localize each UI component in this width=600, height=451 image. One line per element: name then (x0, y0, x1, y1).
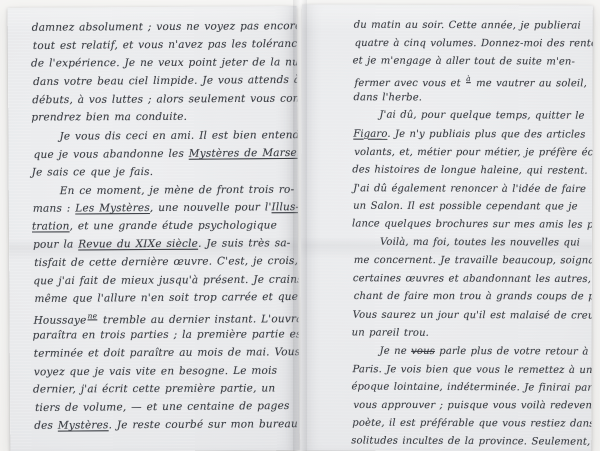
manuscript-line: époque lointaine, indéterminée. Je finir… (351, 381, 592, 401)
text-segment: Vous saurez un jour qu'il est malaisé de… (353, 309, 593, 321)
text-segment: me vautrer au soleil, (472, 78, 587, 89)
text-segment: même que l'allure n'en soit trop carrée … (34, 291, 298, 305)
struck-out-word: vous (411, 346, 435, 357)
underlined-title: Les Mystères (75, 202, 150, 214)
manuscript-line: des Mystères. Je reste courbé sur mon bu… (34, 418, 299, 438)
text-segment: , une nouvelle pour l' (150, 201, 272, 214)
manuscript-photo: damnez absolument ; vous ne voyez pas en… (0, 0, 600, 451)
manuscript-line: un pareil trou. (352, 327, 593, 347)
manuscript-line: solitudes incultes de la province. Seule… (351, 436, 593, 451)
manuscript-line: tiers de volume, — et une centaine de pa… (35, 400, 299, 421)
manuscript-line: Je vous dis ceci en ami. Il est bien ent… (32, 129, 299, 149)
manuscript-line: poète, il est préférable que vous restie… (352, 418, 593, 437)
manuscript-line: vous approuver ; puisque vous voilà rede… (353, 400, 592, 418)
text-segment: un pareil trou. (352, 327, 429, 338)
manuscript-line: Figaro. Je n'y publiais plus que des art… (353, 128, 592, 147)
text-segment: chant de faire mon trou à grands coups d… (354, 291, 593, 302)
text-segment: . Je reste courbé sur mon bureau (109, 418, 298, 431)
manuscript-line: lance quelques brochures sur mes amis le… (352, 218, 593, 238)
text-segment: , et une grande étude psychologique (70, 219, 278, 232)
underlined-title: Mystères de Marseille (189, 146, 300, 159)
manuscript-line: me concernent. Je travaille beaucoup, so… (354, 255, 593, 273)
text-segment: . Je suis très sa- (198, 237, 291, 250)
inserted-word-above-line: ne (88, 311, 98, 320)
text-segment: Je sais ce que je fais. (32, 166, 154, 179)
text-segment: fermer avec vous et (354, 78, 465, 89)
manuscript-line: tisfait de cette dernière œuvre. C'est, … (34, 255, 299, 276)
text-segment: vous approuver ; puisque vous voilà rede… (353, 400, 592, 411)
manuscript-line: chant de faire mon trou à grands coups d… (354, 291, 593, 309)
underlined-title: Figaro (353, 128, 387, 139)
manuscript-line: damnez absolument ; vous ne voyez pas en… (32, 20, 300, 40)
text-segment: parle plus de votre retour à (435, 346, 589, 358)
manuscript-line: pour la Revue du XIXe siècle. Je suis tr… (33, 237, 299, 257)
text-segment: époque lointaine, indéterminée. Je finir… (351, 381, 592, 393)
text-segment: Je ne (380, 345, 412, 356)
text-segment: En ce moment, je mène de front trois ro- (60, 183, 295, 196)
text-segment: dans votre beau ciel limpide. Je vous at… (33, 74, 299, 88)
text-segment: . Je n'y publiais plus que des articles (387, 128, 585, 140)
manuscript-line: Je sais ce que je fais. (32, 165, 300, 184)
manuscript-line: dernier, j'ai écrit cette première parti… (33, 382, 299, 401)
manuscript-line: et je m'engage à aller tout de suite m'e… (353, 56, 593, 76)
manuscript-line: terminée et doit paraître au mois de mai… (34, 346, 300, 366)
manuscript-page-right: du matin au soir. Cette année, je publie… (300, 4, 593, 451)
manuscript-line: mans : Les Mystères, une nouvelle pour l… (33, 201, 300, 221)
text-segment: du matin au soir. Cette année, je publie… (354, 20, 581, 32)
manuscript-line: un Salon. Il est possible cependant que … (353, 201, 593, 220)
manuscript-line: En ce moment, je mène de front trois ro- (33, 183, 300, 203)
text-segment: de l'expérience. Je ne veux point jeter … (31, 56, 299, 69)
inserted-word-above-line: à (466, 74, 471, 83)
manuscript-line: quatre à cinq volumes. Donnez-moi des re… (355, 38, 593, 56)
handwritten-text-left: damnez absolument ; vous ne voyez pas en… (32, 20, 300, 438)
text-segment: damnez absolument ; vous ne voyez pas en… (32, 20, 300, 34)
text-segment: tremble au dernier instant. L'ouvrage (98, 313, 299, 326)
underlined-title: Illus- (271, 201, 299, 213)
text-segment: Voilà, ma foi, toutes les nouvelles qui (380, 237, 580, 249)
manuscript-line: voyez que je vais vite en besogne. Le mo… (34, 364, 300, 384)
text-segment: Je vous dis ceci en ami. Il est bien ent… (59, 129, 299, 143)
text-segment: tiers de volume, — et une centaine de pa… (35, 400, 290, 414)
manuscript-line: certaines œuvres et abandonnant les autr… (353, 273, 593, 292)
text-segment: Houssaye (34, 314, 87, 326)
manuscript-line: tration, et une grande étude psychologiq… (32, 219, 299, 238)
manuscript-line: J'ai dû également renoncer à l'idée de f… (353, 183, 593, 202)
handwritten-text-right: du matin au soir. Cette année, je publie… (352, 20, 593, 451)
text-segment: pour la (33, 239, 78, 251)
text-segment: débuts, à vos luttes ; alors seulement v… (32, 93, 299, 107)
text-segment: que je vous abandonne les (33, 147, 188, 160)
text-segment: quatre à cinq volumes. Donnez-moi des re… (355, 38, 593, 49)
text-segment: voyez que je vais vite en besogne. Le mo… (34, 365, 277, 378)
text-segment: que j'ai fait de mieux jusqu'à présent. … (33, 274, 299, 288)
text-segment: J'ai dû, pour quelque temps, quitter le (379, 110, 584, 122)
manuscript-page-left: damnez absolument ; vous ne voyez pas en… (8, 6, 300, 451)
manuscript-line: J'ai dû, pour quelque temps, quitter le (352, 110, 592, 130)
manuscript-line: volants, et, métier pour métier, je préf… (354, 147, 593, 165)
underlined-title: Revue du XIXe siècle (78, 238, 198, 251)
text-segment: des histoires de longue haleine, qui res… (352, 164, 588, 176)
text-segment: paraîtra en trois parties ; la première … (33, 328, 300, 341)
manuscript-line: que je vous abandonne les Mystères de Ma… (33, 146, 299, 167)
manuscript-line: tout est relatif, et vous n'avez pas les… (33, 38, 300, 59)
text-segment: me concernent. Je travaille beaucoup, so… (354, 255, 593, 266)
text-segment: Paris. Je vois bien que vous le remettez… (352, 364, 592, 376)
text-segment: lance quelques brochures sur mes amis le… (352, 218, 593, 230)
text-segment: tout est relatif, et vous n'avez pas les… (33, 38, 300, 52)
manuscript-line: de l'expérience. Je ne veux point jeter … (31, 56, 299, 75)
text-segment: terminée et doit paraître au mois de mai… (34, 346, 300, 360)
manuscript-line: paraîtra en trois parties ; la première … (33, 328, 300, 347)
text-segment: tisfait de cette dernière œuvre. C'est, … (34, 255, 299, 269)
manuscript-line: dans votre beau ciel limpide. Je vous at… (33, 74, 299, 95)
text-segment: J'ai dû également renoncer à l'idée de f… (353, 183, 586, 195)
manuscript-line: prendrez bien ma conduite. (31, 111, 299, 130)
manuscript-line: Je ne vous parle plus de votre retour à (353, 345, 593, 364)
text-segment: des (34, 420, 58, 432)
manuscript-line: du matin au soir. Cette année, je publie… (354, 20, 593, 39)
text-segment: dans l'herbe. (353, 93, 422, 104)
text-segment: un Salon. Il est possible cependant que … (353, 201, 578, 213)
text-segment: mans : (33, 202, 75, 214)
text-segment: solitudes incultes de la province. Seule… (351, 436, 593, 448)
text-segment: dernier, j'ai écrit cette première parti… (33, 382, 275, 395)
text-segment: certaines œuvres et abandonnant les autr… (353, 273, 593, 285)
manuscript-line: fermer avec vous et à me vautrer au sole… (354, 74, 592, 92)
manuscript-line: même que l'allure n'en soit trop carrée … (34, 291, 299, 312)
manuscript-line: Paris. Je vois bien que vous le remettez… (352, 364, 592, 383)
manuscript-line: des histoires de longue haleine, qui res… (352, 164, 593, 184)
manuscript-line: Vous saurez un jour qu'il est malaisé de… (353, 309, 593, 328)
text-segment: volants, et, métier pour métier, je préf… (354, 147, 593, 158)
manuscript-line: Voilà, ma foi, toutes les nouvelles qui (353, 237, 593, 256)
underlined-title: Mystères (58, 419, 109, 431)
underlined-title: tration (32, 220, 70, 232)
text-segment: poète, il est préférable que vous restie… (352, 418, 592, 430)
text-segment: et je m'engage à aller tout de suite m'e… (353, 56, 576, 68)
text-segment: prendrez bien ma conduite. (31, 111, 187, 124)
manuscript-line: Houssayene tremble au dernier instant. L… (34, 309, 300, 329)
